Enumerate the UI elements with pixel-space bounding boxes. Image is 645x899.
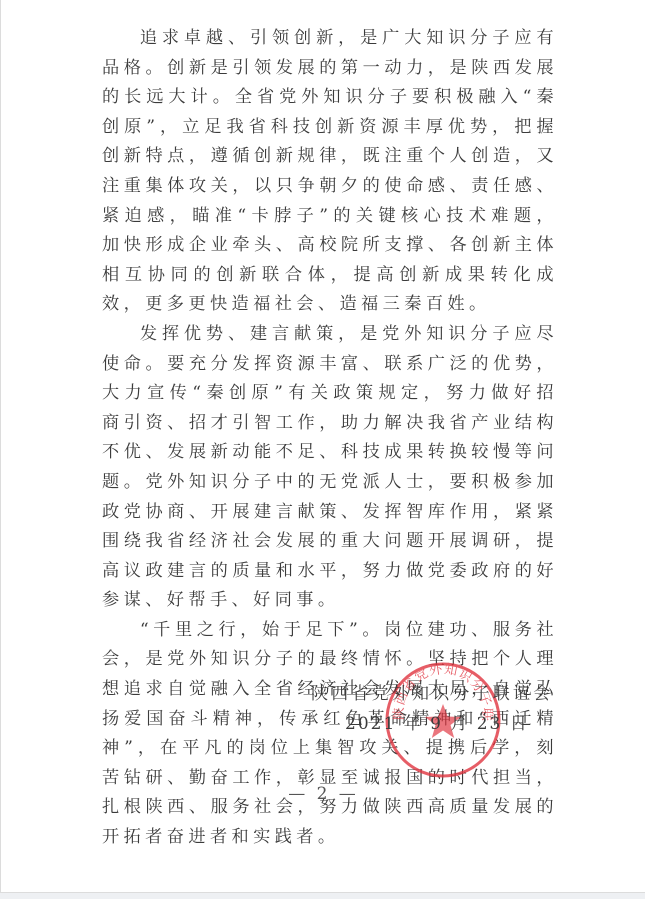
paragraph-advice: 发挥优势、建言献策，是党外知识分子应尽使命。要充分发挥资源丰富、联系广泛的优势，… [102, 320, 558, 616]
signature-date: 2021 年 9 月 23 日 [311, 709, 571, 739]
signature-organization: 陕西省党外知识分子联谊会 [311, 679, 571, 709]
page-number: — 2 — [1, 784, 645, 804]
signature-block: 陕西省党外知识分子联谊会 2021 年 9 月 23 日 [311, 679, 571, 739]
document-page: 追求卓越、引领创新，是广大知识分子应有品格。创新是引领发展的第一动力，是陕西发展… [0, 0, 645, 893]
paragraph-innovation: 追求卓越、引领创新，是广大知识分子应有品格。创新是引领发展的第一动力，是陕西发展… [102, 24, 558, 320]
